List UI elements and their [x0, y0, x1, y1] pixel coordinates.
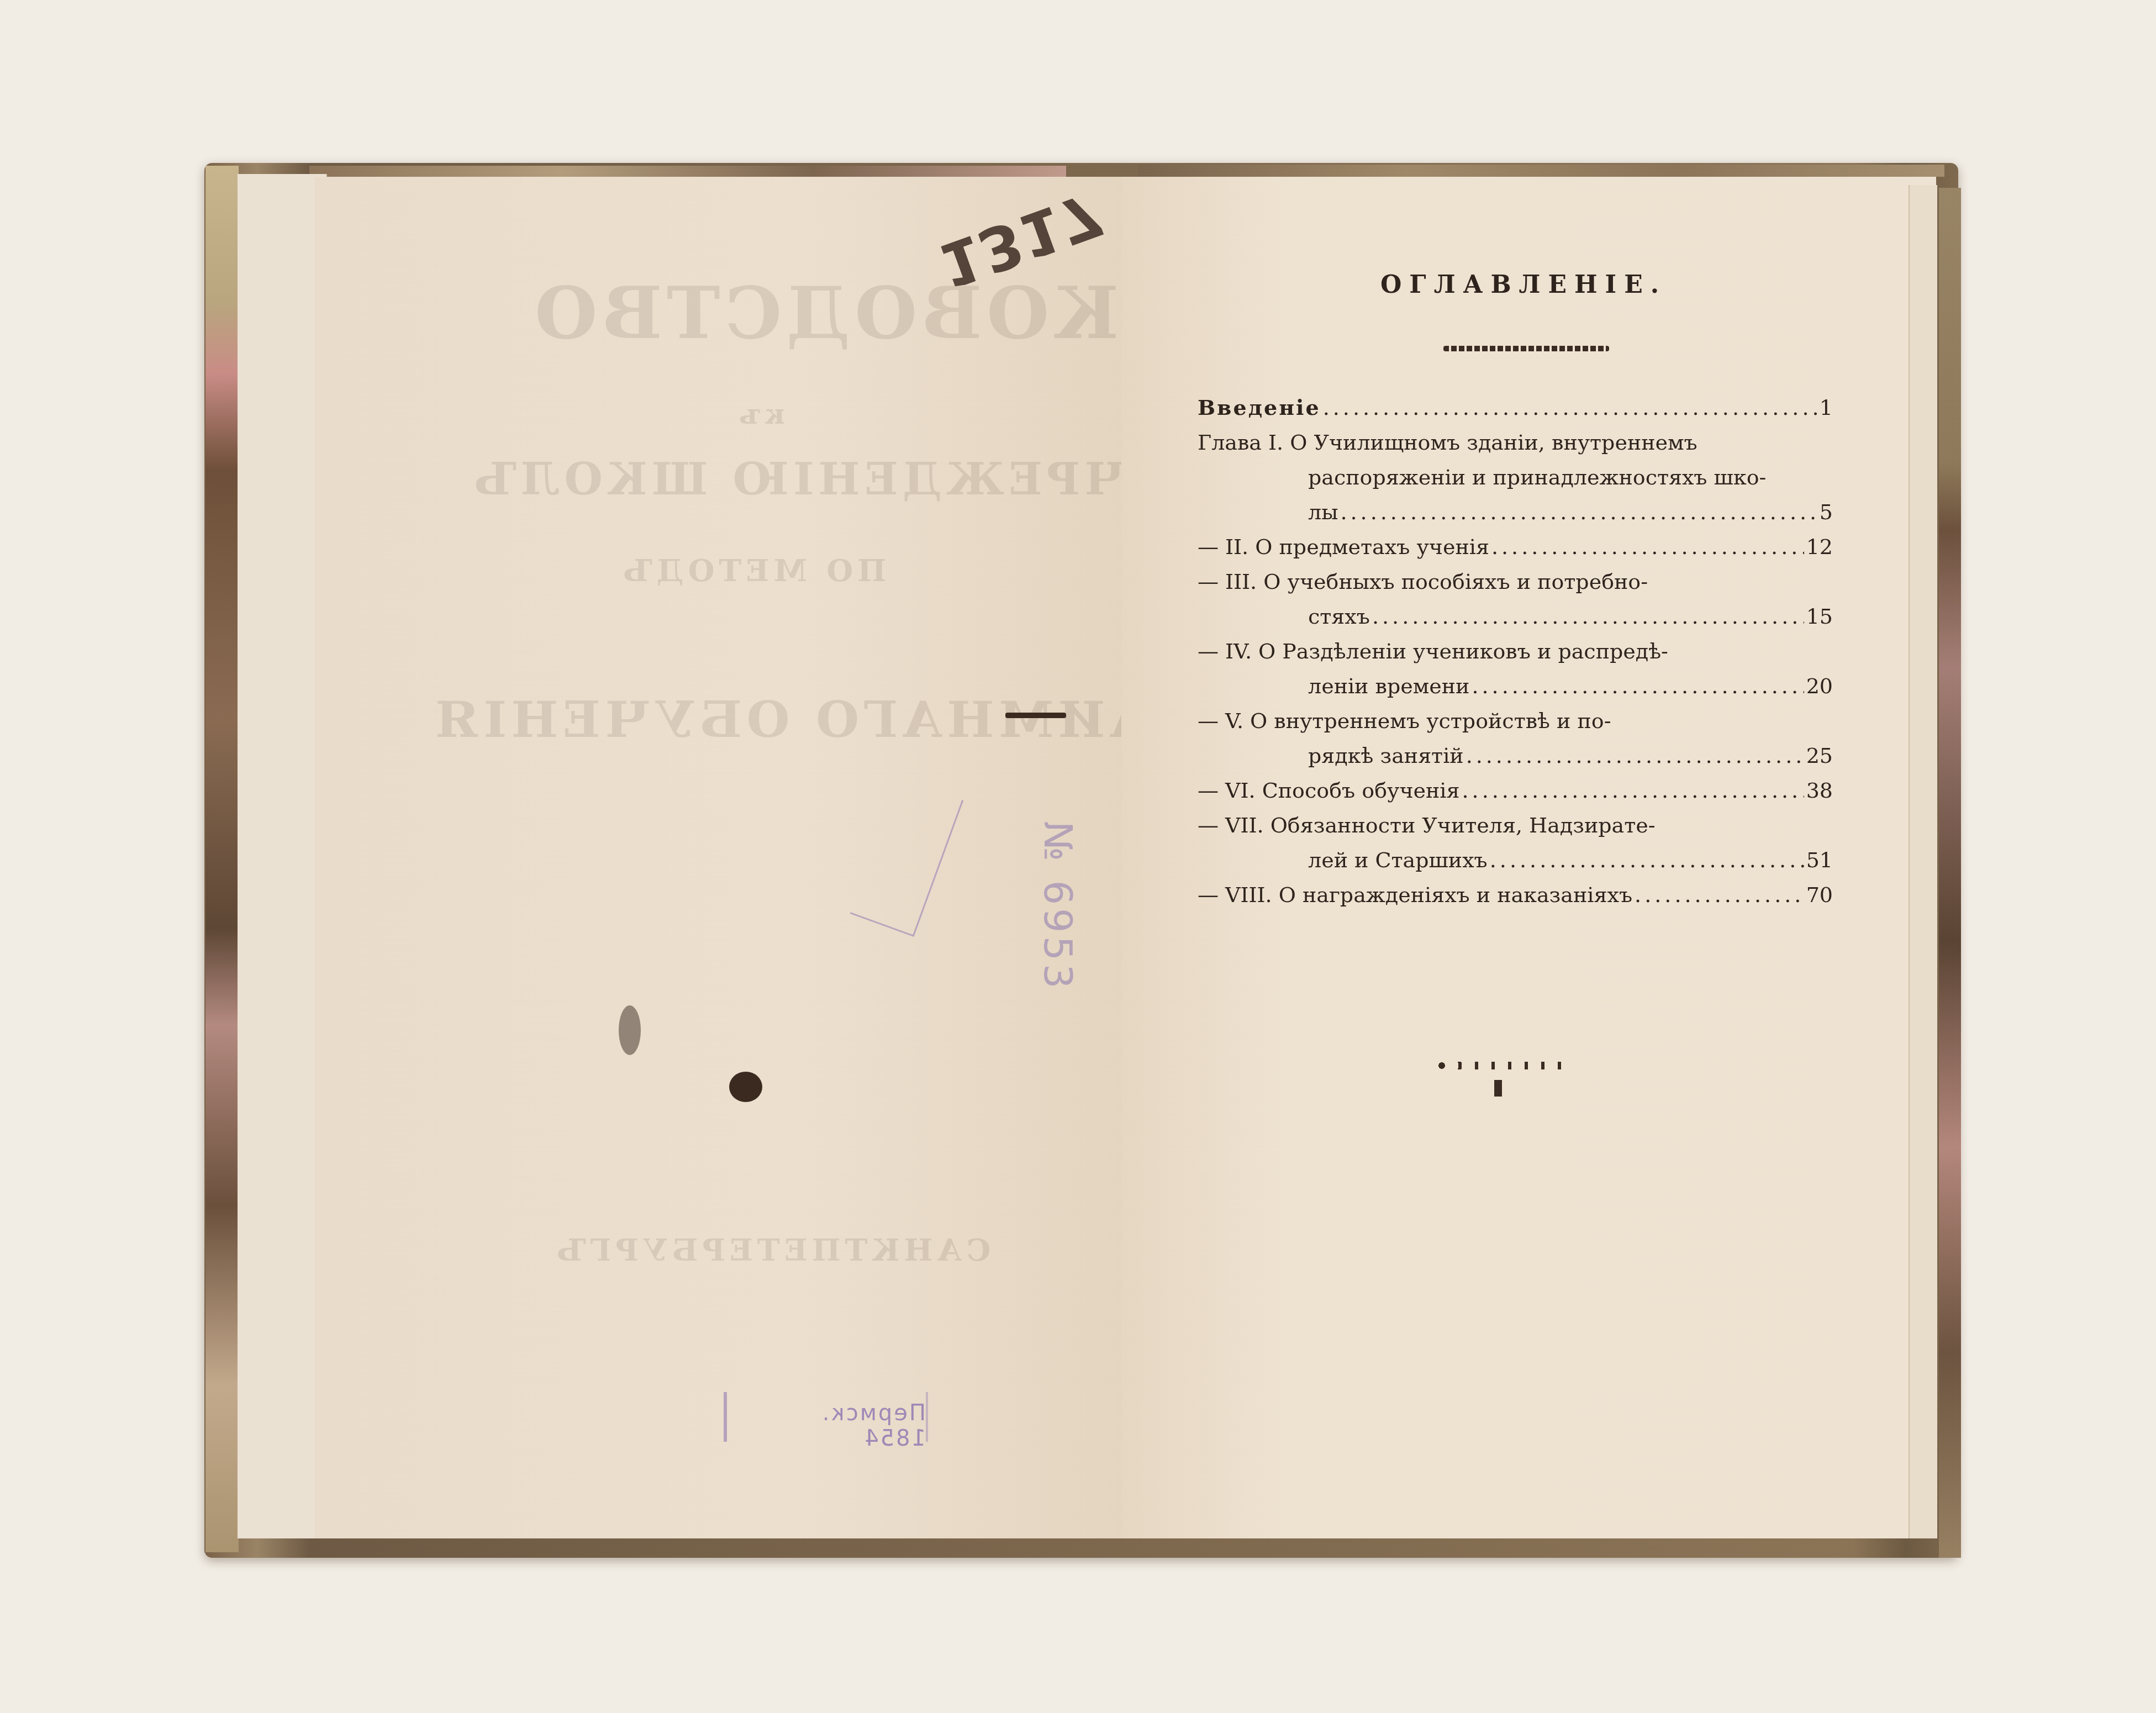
toc-entry-chapter-1: Глава I. О Училищномъ зданіи, внутреннем…	[1198, 425, 1833, 530]
table-of-contents: ОГЛАВЛЕНІЕ. Введеніе 1 Глава I. О Училищ…	[1198, 271, 1833, 913]
ink-dash	[1005, 713, 1066, 718]
title-ornament	[1443, 346, 1609, 351]
toc-entry-chapter-8: — VIII. О награжденіяхъ и наказаніяхъ 70	[1198, 878, 1833, 913]
page-number: 20	[1806, 669, 1833, 704]
page-edge	[1909, 185, 1937, 1538]
page-number: 5	[1820, 495, 1833, 530]
page-number: 12	[1806, 530, 1833, 565]
page-number: 25	[1806, 739, 1833, 773]
cover-top-edge-right	[1138, 165, 1944, 177]
bleed-through-line: ВЗАИМНАГО ОБУЧЕНІЯ	[431, 691, 1237, 749]
left-page	[315, 177, 1123, 1538]
end-ornament	[1433, 1062, 1566, 1069]
page-number: 51	[1806, 843, 1833, 878]
marbled-cover-edge-left	[205, 166, 239, 1552]
page-number: 38	[1806, 773, 1833, 808]
flyleaf-strip	[238, 174, 327, 1538]
page-number: 70	[1806, 878, 1833, 913]
ink-blot	[729, 1072, 762, 1102]
marbled-cover-edge-right	[1939, 188, 1961, 1558]
bleed-through-line: ПО МЕТОДЪ	[619, 552, 886, 588]
toc-list: Введеніе 1 Глава I. О Училищномъ зданіи,…	[1198, 390, 1833, 913]
bleed-through-line: УЧРЕЖДЕНІЮ ШКОЛЪ	[470, 453, 1165, 505]
page-number: 15	[1806, 599, 1833, 634]
bleed-through-line: САНКТПЕТЕРБУРГЪ	[552, 1232, 990, 1268]
library-stamp: Пермск. 1854	[724, 1392, 928, 1442]
stamp-text: Пермск. 1854	[760, 1400, 926, 1451]
ink-smudge	[619, 1005, 641, 1055]
toc-entry-chapter-2: — II. О предметахъ ученія 12	[1198, 530, 1833, 565]
ink-mark	[1494, 1080, 1502, 1097]
toc-entry-chapter-3: — III. О учебныхъ пособіяхъ и потребно- …	[1198, 565, 1833, 634]
toc-entry-chapter-5: — V. О внутреннемъ устройствѣ и по- рядк…	[1198, 704, 1833, 773]
toc-entry-chapter-7: — VII. Обязанности Учителя, Надзирате- л…	[1198, 808, 1833, 878]
cover-top-edge-left	[309, 166, 1066, 178]
bleed-through-line: къ	[735, 398, 784, 430]
toc-entry-chapter-6: — VI. Способъ обученія 38	[1198, 773, 1833, 808]
toc-title: ОГЛАВЛЕНІЕ.	[1214, 271, 1833, 299]
toc-entry-chapter-4: — IV. О Раздѣленіи учениковъ и распредѣ-…	[1198, 634, 1833, 704]
page-number: 1	[1820, 391, 1833, 425]
pencil-note: № 6953	[1035, 821, 1080, 992]
toc-entry-introduction: Введеніе 1	[1198, 390, 1833, 425]
